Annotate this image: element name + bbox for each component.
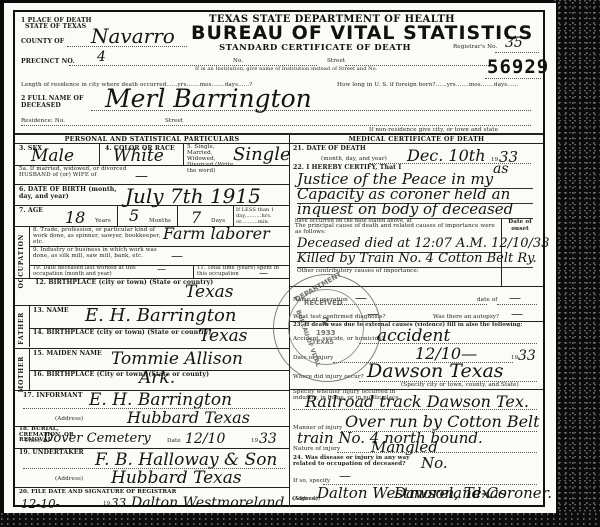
registrar-signature: Dalton Westmoreland [131, 496, 284, 510]
filing-year: 33 [111, 497, 126, 509]
mother-birthplace-value: Ark. [139, 370, 175, 387]
scan-edge-noise [554, 0, 600, 527]
dob-value: July 7th 1915 [125, 186, 261, 206]
burial-date-label: Date [167, 438, 181, 445]
residence-label: Residence: No. [21, 118, 65, 125]
informant-address: Hubbard Texas [127, 410, 250, 426]
informant-address-label: (Address) [55, 416, 83, 423]
undertaker-address: Hubbard Texas [111, 470, 242, 487]
autopsy-value: — [511, 308, 523, 320]
undertaker-label: 19. UNDERTAKER [19, 449, 84, 456]
cause-1: Deceased died at 12:07 A.M. 12/10/33 [297, 237, 549, 250]
deceased-name: Merl Barrington [105, 86, 312, 111]
last-worked-value: — [157, 266, 166, 275]
years-label: Years [95, 218, 111, 225]
trade-value: Farm laborer [163, 226, 270, 242]
stamp-state: TEXAS [312, 339, 334, 346]
industry-value: — [171, 250, 183, 262]
birthplace-value: Texas [185, 284, 234, 301]
occupation-related-label: 24. Was disease or injury in any way rel… [293, 456, 413, 468]
onset-label: Date of onset [505, 219, 535, 233]
age-months-value: 5 [129, 208, 139, 224]
maiden-name-value: Tommie Allison [111, 351, 243, 368]
scan-bottom-strip [0, 512, 600, 527]
bureau-title: BUREAU OF VITAL STATISTICS [191, 22, 533, 44]
dob-label: 6. DATE OF BIRTH (month, day, and year) [19, 186, 119, 200]
registrar-no-label: Registrar's No. [453, 44, 497, 51]
form-title: STANDARD CERTIFICATE OF DEATH [219, 43, 411, 53]
county-label: COUNTY OF [21, 38, 64, 45]
sex-value: Male [31, 148, 74, 165]
state-label: STATE OF TEXAS [25, 23, 86, 30]
father-birthplace-label: 14. BIRTHPLACE (city or town) (State or … [33, 329, 211, 336]
age-label: 7. AGE [19, 207, 43, 214]
marital-value: Single [233, 146, 291, 164]
occupation-side-label: OCCUPATION [18, 234, 25, 288]
injury-location-value: Railroad track Dawson Tex. [305, 394, 529, 410]
full-name-label: 2 FULL NAME OF DECEASED [21, 95, 91, 109]
contributory-label: Other contributory causes of importance: [297, 268, 419, 275]
mother-birthplace-label: 16. BIRTHPLACE (City or town) (State or … [33, 371, 209, 378]
father-birthplace-value: Texas [199, 328, 248, 345]
dod-sub-label: (month, day, and year) [321, 156, 387, 163]
cause-2: Killed by Train No. 4 Cotton Belt Ry. [297, 252, 537, 265]
injury-place-note: (Specify city or town, county, and State… [401, 382, 519, 389]
certify-text-1: as [493, 162, 509, 176]
trade-label: 8. Trade, profession, or particular kind… [33, 227, 161, 245]
father-name-label: 13. NAME [33, 307, 69, 314]
nature-label: Nature of injury [293, 446, 340, 453]
burial-year-value: 33 [259, 432, 277, 446]
operation-date-label: date of [477, 297, 497, 304]
manner-value-1: Over run by Cotton Belt [345, 414, 540, 430]
burial-place-label: Place [25, 438, 41, 445]
dod-value: Dec. 10th [407, 148, 486, 164]
occupation-related-value: No. [421, 456, 448, 471]
medical-section-title: MEDICAL CERTIFICATE OF DEATH [290, 135, 543, 143]
registrar-no-value: 35 [505, 36, 523, 50]
maiden-name-label: 15. MAIDEN NAME [33, 350, 102, 357]
injury-year: 33 [518, 349, 536, 363]
autopsy-label: Was there an autopsy? [433, 314, 499, 321]
father-side-label: FATHER [18, 312, 25, 345]
informant-name: E. H. Barrington [89, 392, 232, 409]
certify-text-4: inquest on body of deceased [297, 202, 513, 217]
precinct-label: PRECINCT NO. [21, 58, 75, 65]
operation-date-value: — [509, 292, 521, 304]
last-worked-label: 10. Date deceased last worked at this oc… [33, 266, 161, 277]
received-stamp: DEPARTMENT RECEIVED 2 1933 TEXAS BUREAU … [273, 274, 381, 382]
filing-year-prefix: 19 [103, 501, 110, 508]
filing-date: 12-10- [21, 498, 60, 510]
undertaker-name: F. B. Halloway & Son [95, 452, 277, 469]
certificate-number: 56929 [487, 56, 549, 78]
burial-place-value: Dover Cemetery [43, 432, 151, 445]
informant-label: 17. INFORMANT [23, 392, 83, 399]
foreign-born-label: How long in U. S. if foreign born?......… [337, 82, 519, 89]
stamp-number: 2 [322, 315, 330, 328]
less-than-day-label: If LESS than 1 day,.........hrs. or.....… [236, 207, 288, 225]
county-value: Navarro [91, 26, 175, 46]
precinct-value: 4 [97, 50, 106, 64]
nature-value: Mangled [371, 440, 438, 455]
color-value: White [113, 148, 164, 165]
father-name-value: E. H. Barrington [85, 307, 236, 325]
specify-value: — [339, 470, 351, 482]
certificate-frame: 1 PLACE OF DEATH STATE OF TEXAS COUNTY O… [13, 10, 545, 507]
coroner-address: Dawson, Texas [394, 486, 507, 501]
burial-year-prefix: 19 [251, 438, 258, 445]
cause-label: The principal cause of death and related… [295, 224, 495, 236]
dod-label: 21. DATE OF DEATH [293, 145, 366, 152]
stamp-middle-text: RECEIVED [304, 299, 343, 307]
burial-date-value: 12/10 [185, 432, 225, 446]
industry-label: 9. Industry or business in which work wa… [33, 247, 161, 259]
personal-section-title: PERSONAL AND STATISTICAL PARTICULARS [15, 135, 289, 143]
coroner-address-label: (Address) [292, 496, 320, 503]
street-label: Street [327, 58, 345, 65]
age-years-value: 18 [65, 210, 85, 226]
stamp-year: 1933 [316, 329, 335, 337]
mother-side-label: MOTHER [18, 356, 25, 392]
residence-street-label: Street [165, 118, 183, 125]
institution-note: If in an Institution, give name of Insti… [195, 66, 377, 73]
accident-value: accident [377, 328, 450, 345]
injury-place-value: Dawson Texas [367, 362, 504, 381]
no-label: No. [233, 58, 243, 65]
undertaker-address-label: (Address) [55, 476, 83, 483]
spouse-value: — [135, 170, 148, 183]
total-time-label: 11. Total time (years) spent in this occ… [197, 266, 287, 277]
